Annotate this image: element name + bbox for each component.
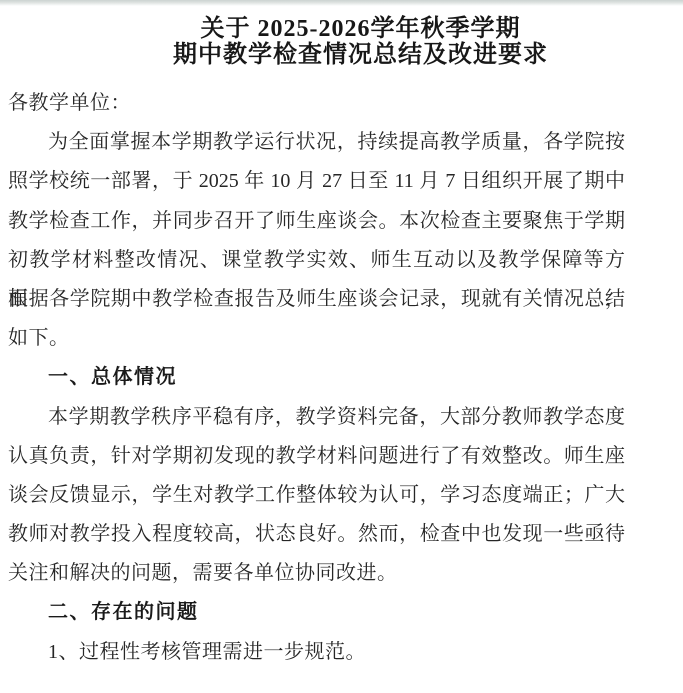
paragraph-line: 为全面掌握本学期教学运行状况，持续提高教学质量，各学院按 <box>8 123 625 162</box>
section-2-heading: 二、存在的问题 <box>8 593 625 632</box>
paragraph-line: 认真负责，针对学期初发现的教学材料问题进行了有效整改。师生座 <box>8 437 625 476</box>
paragraph-line: 根据各学院期中教学检查报告及师生座谈会记录，现就有关情况总结 <box>8 280 625 319</box>
document-body: 各教学单位： 为全面掌握本学期教学运行状况，持续提高教学质量，各学院按 照学校统… <box>8 84 625 672</box>
paragraph-line: 如下。 <box>8 319 625 358</box>
title-line-1: 关于 2025-2026学年秋季学期 <box>38 16 683 42</box>
document-viewport: { "title": { "line1": "关于 2025-2026学年秋季学… <box>0 0 683 693</box>
paragraph-line: 关注和解决的问题，需要各单位协同改进。 <box>8 554 625 593</box>
paragraph-line: 教学检查工作，并同步召开了师生座谈会。本次检查主要聚焦于学期 <box>8 202 625 241</box>
paragraph-line: 初教学材料整改情况、课堂教学实效、师生互动以及教学保障等方面， <box>8 241 625 280</box>
salutation-line: 各教学单位： <box>8 84 625 123</box>
paragraph-line: 照学校统一部署，于 2025 年 10 月 27 日至 11 月 7 日组织开展… <box>8 162 625 201</box>
paragraph-line: 谈会反馈显示，学生对教学工作整体较为认可，学习态度端正；广大 <box>8 476 625 515</box>
paragraph-line: 本学期教学秩序平稳有序，教学资料完备，大部分教师教学态度 <box>8 398 625 437</box>
window-edge-strip <box>0 0 683 6</box>
paragraph-line: 教师对教学投入程度较高，状态良好。然而，检查中也发现一些亟待 <box>8 515 625 554</box>
document-title: 关于 2025-2026学年秋季学期 期中教学检查情况总结及改进要求 <box>38 16 683 68</box>
list-item-1-line: 1、过程性考核管理需进一步规范。 <box>8 633 625 672</box>
title-line-2: 期中教学检查情况总结及改进要求 <box>38 42 683 68</box>
section-1-heading: 一、总体情况 <box>8 358 625 397</box>
